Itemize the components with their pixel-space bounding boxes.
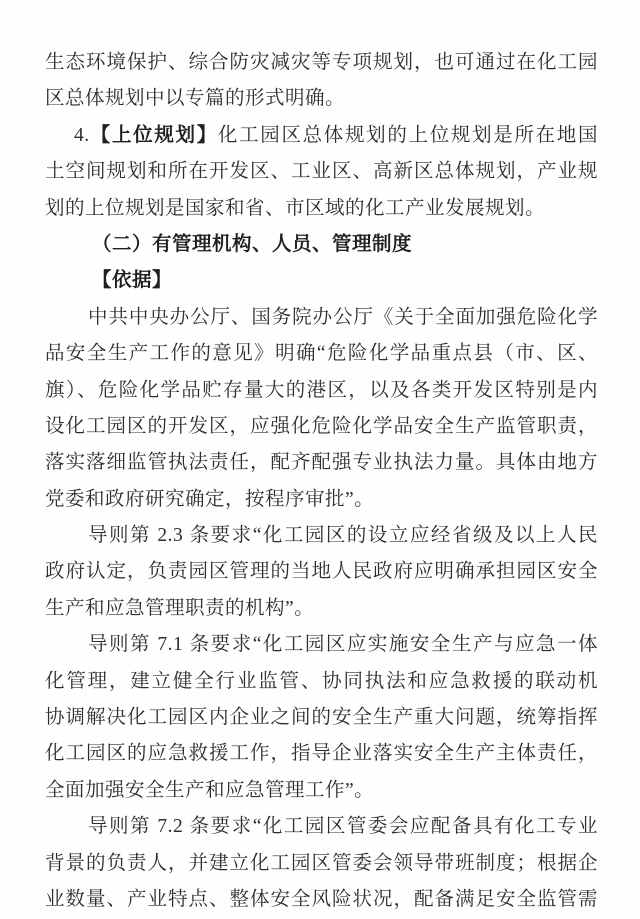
text-line: 中共中央办公厅、国务院办公厅《关于全面加强危险化学 — [45, 300, 598, 336]
text-segment: 土空间规划和所在开发区、工业区、高新区总体规划，产业规 — [45, 161, 598, 182]
text-line: 导则第 7.1 条要求“化工园区应实施安全生产与应急一体 — [45, 627, 598, 663]
text-segment: 化管理，建立健全行业监管、协同执法和应急救援的联动机制， — [45, 671, 598, 700]
text-segment: 设化工园区的开发区，应强化危险化学品安全生产监管职责， — [45, 416, 598, 437]
text-segment: 划的上位规划是国家和省、市区域的化工产业发展规划。 — [45, 198, 545, 219]
text-line: 土空间规划和所在开发区、工业区、高新区总体规划，产业规 — [45, 154, 598, 190]
text-line: 【依据】 — [45, 263, 598, 299]
text-segment: 协调解决化工园区内企业之间的安全生产重大问题，统筹指挥 — [45, 707, 598, 728]
text-line: 生产和应急管理职责的机构”。 — [45, 591, 598, 627]
text-line: 化管理，建立健全行业监管、协同执法和应急救援的联动机制， — [45, 664, 598, 700]
text-line: 政府认定，负责园区管理的当地人民政府应明确承担园区安全 — [45, 554, 598, 590]
text-segment: 业数量、产业特点、整体安全风险状况，配备满足安全监管需 — [45, 889, 598, 910]
text-line: 划的上位规划是国家和省、市区域的化工产业发展规划。 — [45, 191, 598, 227]
text-segment: 生态环境保护、综合防灾减灾等专项规划，也可通过在化工园 — [45, 52, 598, 73]
text-line: 化工园区的应急救援工作，指导企业落实安全生产主体责任， — [45, 736, 598, 772]
text-segment: 导则第 2.3 条要求“化工园区的设立应经省级及以上人民 — [88, 525, 598, 546]
text-line: 全面加强安全生产和应急管理工作”。 — [45, 773, 598, 809]
text-line: 业数量、产业特点、整体安全风险状况，配备满足安全监管需 — [45, 882, 598, 918]
text-line: 生态环境保护、综合防灾减灾等专项规划，也可通过在化工园 — [45, 45, 598, 81]
text-segment: 导则第 7.2 条要求“化工园区管委会应配备具有化工专业 — [88, 816, 598, 837]
text-line: （二）有管理机构、人员、管理制度 — [45, 227, 598, 263]
text-segment: 生产和应急管理职责的机构”。 — [45, 598, 314, 619]
text-line: 导则第 2.3 条要求“化工园区的设立应经省级及以上人民 — [45, 518, 598, 554]
document-body: 生态环境保护、综合防灾减灾等专项规划，也可通过在化工园区总体规划中以专篇的形式明… — [45, 45, 598, 918]
text-line: 落实落细监管执法责任，配齐配强专业执法力量。具体由地方 — [45, 445, 598, 481]
text-segment: 旗）、危险化学品贮存量大的港区，以及各类开发区特别是内 — [45, 380, 598, 401]
text-segment: 【上位规划】 — [90, 125, 218, 146]
text-segment: 背景的负责人，并建立化工园区管委会领导带班制度；根据企 — [45, 853, 598, 874]
text-line: 旗）、危险化学品贮存量大的港区，以及各类开发区特别是内 — [45, 373, 598, 409]
text-segment: 党委和政府研究确定，按程序审批”。 — [45, 489, 374, 510]
text-line: 品安全生产工作的意见》明确“危险化学品重点县（市、区、 — [45, 336, 598, 372]
text-segment: 化工园区总体规划的上位规划是所在地国 — [218, 125, 598, 146]
text-segment: 中共中央办公厅、国务院办公厅《关于全面加强危险化学 — [88, 307, 598, 328]
text-line: 背景的负责人，并建立化工园区管委会领导带班制度；根据企 — [45, 846, 598, 882]
text-segment: 落实落细监管执法责任，配齐配强专业执法力量。具体由地方 — [45, 452, 598, 473]
text-segment: 品安全生产工作的意见》明确“危险化学品重点县（市、区、 — [45, 343, 598, 364]
text-line: 导则第 7.2 条要求“化工园区管委会应配备具有化工专业 — [45, 809, 598, 845]
text-line: 区总体规划中以专篇的形式明确。 — [45, 81, 598, 117]
text-line: 设化工园区的开发区，应强化危险化学品安全生产监管职责， — [45, 409, 598, 445]
text-segment: 区总体规划中以专篇的形式明确。 — [45, 88, 345, 109]
text-line: 4.【上位规划】化工园区总体规划的上位规划是所在地国 — [45, 118, 598, 154]
text-segment: 化工园区的应急救援工作，指导企业落实安全生产主体责任， — [45, 743, 598, 764]
text-line: 协调解决化工园区内企业之间的安全生产重大问题，统筹指挥 — [45, 700, 598, 736]
text-segment: 【依据】 — [92, 270, 172, 291]
text-segment: 政府认定，负责园区管理的当地人民政府应明确承担园区安全 — [45, 561, 598, 582]
document-page: 生态环境保护、综合防灾减灾等专项规划，也可通过在化工园区总体规划中以专篇的形式明… — [0, 0, 640, 919]
text-line: 党委和政府研究确定，按程序审批”。 — [45, 482, 598, 518]
text-segment: 4. — [74, 125, 90, 146]
text-segment: （二）有管理机构、人员、管理制度 — [92, 234, 412, 255]
text-segment: 全面加强安全生产和应急管理工作”。 — [45, 780, 374, 801]
text-segment: 导则第 7.1 条要求“化工园区应实施安全生产与应急一体 — [88, 634, 598, 655]
